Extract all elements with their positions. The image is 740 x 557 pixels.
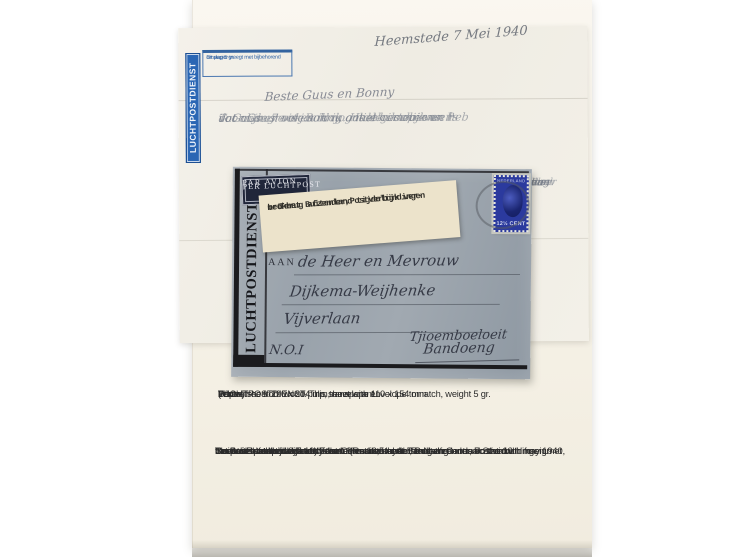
letter-margin-fragment: en (531, 176, 544, 191)
page-bottom-shadow (192, 540, 592, 557)
address-line-street: Vijverlaan (282, 309, 361, 328)
paragraph-line: Tariff : Rate Netherlands East Indies 12… (215, 446, 406, 458)
spec-value: White, free from wood-pulp, transparant. (218, 389, 376, 399)
envelope: LUCHTPOSTDIENST PER LUCHTPOST PAR AVION … (231, 167, 532, 380)
luchtpostdienst-letter-label: LUCHTPOSTDIENST (185, 53, 201, 163)
address-prefix: AAN (268, 257, 296, 268)
address-city-underline (415, 359, 519, 363)
envelope-bottom-bar (233, 363, 527, 370)
address-rule (294, 274, 520, 275)
airmail-label-line: PAR AVION (242, 176, 297, 187)
envelope-corner-block (233, 355, 264, 367)
address-rule (282, 304, 500, 305)
letter-margin-writing: van heel mor en w dag als weer nog ter P… (531, 176, 586, 336)
weight-note-line: omslag 5 gr. (206, 55, 234, 62)
letter-greeting: Beste Guus en Bonny (264, 85, 395, 104)
envelope-top-rule (235, 169, 529, 174)
address-region: N.O.I (268, 343, 304, 358)
letter-body-line: ik Guus en ook Bonny, ook een mooi van P (218, 111, 455, 127)
address-line-name: Dijkema-Weijhenke (289, 281, 437, 300)
address-city: Bandoeng (422, 340, 495, 358)
letter-weight-note-box: Dit papier weegt met bijbehorend omslag … (202, 49, 292, 76)
sticker-line: broken. (267, 199, 301, 214)
exhibit-photo: Dit papier weegt met bijbehorend omslag … (0, 0, 740, 557)
address-line-recipient: de Heer en Mevrouw (297, 251, 460, 270)
letter-body: Tot mijn groote schrik ontdek ik opeens … (219, 110, 579, 112)
